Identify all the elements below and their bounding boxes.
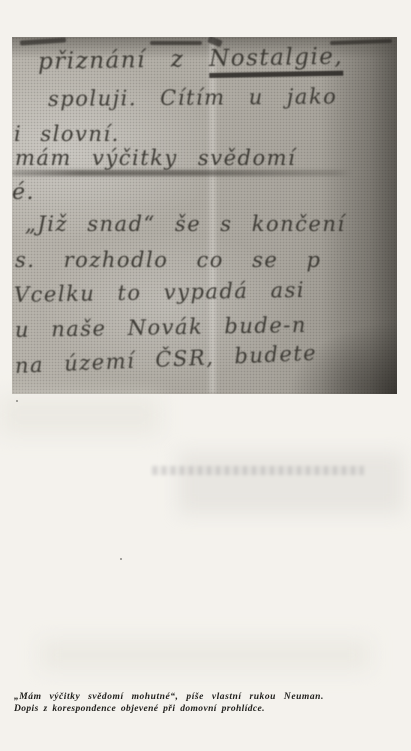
horizontal-fold-crease <box>12 170 352 176</box>
paper-speck <box>16 400 18 402</box>
handwriting-line-6: „Již snad“ še s končení <box>25 212 346 236</box>
handwriting-text: přiznání z <box>38 46 185 75</box>
paper-shading <box>0 395 160 435</box>
handwriting-line-9: u naše Novák bude-n <box>15 313 307 342</box>
caption-line-2: Dopis z korespondence objevené při domov… <box>14 704 400 716</box>
cropped-writing-mark <box>150 41 202 45</box>
handwriting-line-4: mám výčitky svědomí <box>15 146 296 170</box>
handwriting-line-1: přiznání z Nostalgie, <box>38 44 344 75</box>
paper-shading <box>40 640 370 670</box>
caption-line-1: „Mám výčitky svědomí mohutné“, píše vlas… <box>14 692 400 704</box>
handwriting-line-3: i slovní. <box>14 122 120 146</box>
letter-photograph: přiznání z Nostalgie, spoluji. Cítím u j… <box>12 37 397 394</box>
ink-bleed-shade <box>178 452 404 514</box>
handwriting-line-8: Vcelku to vypadá asi <box>14 278 305 307</box>
paper-speck <box>120 558 122 560</box>
handwriting-line-2: spoluji. Cítím u jako <box>48 84 338 111</box>
handwriting-line-5: é. <box>12 180 35 205</box>
photo-caption: „Mám výčitky svědomí mohutné“, píše vlas… <box>14 692 400 715</box>
cropped-writing-mark <box>20 37 66 45</box>
scanned-page: přiznání z Nostalgie, spoluji. Cítím u j… <box>0 0 411 751</box>
ink-bleed-through-text <box>152 466 364 475</box>
handwriting-line-7: s. rozhodlo co se p <box>15 248 321 272</box>
underlined-word: Nostalgie, <box>209 44 344 78</box>
handwriting-line-10: na území ČSR, budete <box>14 341 317 378</box>
